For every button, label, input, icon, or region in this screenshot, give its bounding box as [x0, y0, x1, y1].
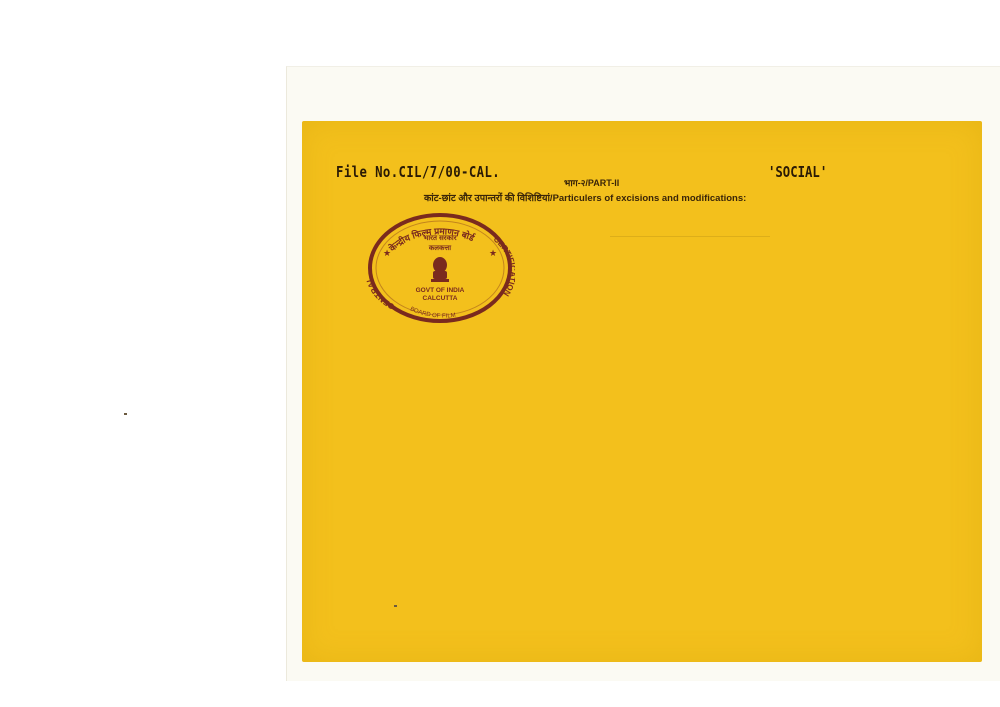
star-icon: ★	[489, 248, 497, 258]
svg-text:CENTRAL: CENTRAL	[365, 276, 396, 311]
stamp-middle-text-1: भारत सरकार	[423, 235, 457, 242]
stamp-bottom-text-2: CALCUTTA	[423, 295, 458, 302]
dust-speck	[394, 605, 397, 607]
stamp-middle-text-2: कलकत्ता	[428, 245, 452, 252]
stamp-bottom-text-1: GOVT OF INDIA	[416, 287, 465, 294]
lion-capital-emblem-icon	[431, 257, 449, 282]
particulars-heading: कांट-छांट और उपान्तरों की विशिष्टियां/Pa…	[424, 191, 746, 204]
file-number: File No.CIL/7/00-CAL.	[336, 163, 500, 181]
star-icon: ★	[383, 248, 391, 258]
official-stamp: केन्द्रीय फिल्म प्रमाणन बोर्ड CENTRAL CE…	[365, 210, 515, 325]
dust-speck	[124, 413, 127, 415]
stamp-left-arc: CENTRAL	[365, 276, 396, 311]
faint-rule-line	[610, 236, 770, 237]
part-label: भाग-२/PART-II	[564, 176, 619, 189]
category-label: 'SOCIAL'	[768, 163, 827, 181]
